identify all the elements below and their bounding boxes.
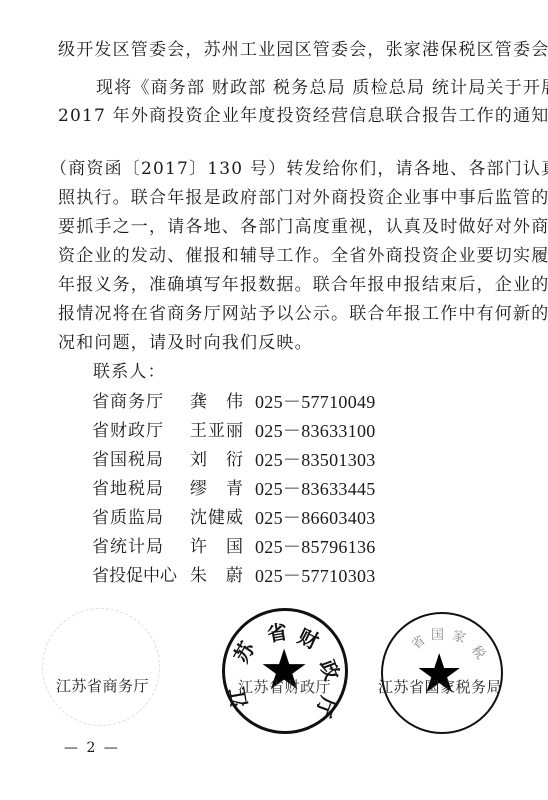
contact-dept: 省投促中心 (92, 566, 177, 586)
contact-name: 王亚丽 (190, 421, 244, 441)
signature-finance: 江苏省财政厅 (238, 676, 331, 697)
body-line-7: 资企业的发动、催报和辅导工作。全省外商投资企业要切实履行 (58, 246, 548, 266)
faint-seal (42, 608, 160, 726)
contact-name: 龚 伟 (190, 392, 244, 412)
contact-phone: 025－83501303 (255, 450, 376, 470)
body-line-4: （商资函〔2017〕130 号）转发给你们，请各地、各部门认真遵 (50, 159, 548, 179)
body-line-9: 报情况将在省商务厅网站予以公示。联合年报工作中有何新的情 (58, 304, 548, 324)
contact-name: 刘 衍 (190, 450, 244, 470)
contact-dept: 省统计局 (92, 537, 164, 557)
contact-name: 沈健威 (190, 508, 244, 528)
contact-phone: 025－83633445 (255, 479, 376, 499)
signature-tax-bureau: 江苏省国家税务局 (378, 676, 502, 697)
contact-phone: 025－57710049 (255, 392, 376, 412)
contact-name: 许 国 (190, 537, 244, 557)
signature-commerce: 江苏省商务厅 (56, 675, 149, 696)
contact-dept: 省财政厅 (92, 421, 164, 441)
contact-dept: 省质监局 (92, 508, 164, 528)
body-line-1: 级开发区管委会，苏州工业园区管委会，张家港保税区管委会： (58, 40, 548, 60)
contact-phone: 025－83633100 (255, 421, 376, 441)
body-line-5: 照执行。联合年报是政府部门对外商投资企业事中事后监管的重 (58, 188, 548, 208)
tax-bureau-seal: 省 国 家 税 ★ (381, 612, 503, 734)
page-number: — 2 — (64, 740, 120, 756)
contacts-label: 联系人： (93, 362, 166, 382)
contact-name: 朱 蔚 (190, 566, 244, 586)
body-line-8: 年报义务，准确填写年报数据。联合年报申报结束后，企业的参 (58, 275, 548, 295)
finance-seal: 苏 省 财 政 厅 江 ★ (222, 608, 348, 734)
body-line-6: 要抓手之一，请各地、各部门高度重视，认真及时做好对外商投 (58, 217, 548, 237)
body-line-3: 2017 年外商投资企业年度投资经营信息联合报告工作的通知》 (58, 106, 548, 126)
contact-dept: 省地税局 (92, 479, 164, 499)
contact-phone: 025－85796136 (255, 537, 376, 557)
body-line-2: 现将《商务部 财政部 税务总局 质检总局 统计局关于开展 (96, 78, 548, 98)
contact-name: 缪 青 (190, 479, 244, 499)
contact-phone: 025－57710303 (255, 566, 376, 586)
contact-dept: 省国税局 (92, 450, 164, 470)
contact-phone: 025－86603403 (255, 508, 376, 528)
contact-dept: 省商务厅 (92, 392, 164, 412)
body-line-10: 况和问题，请及时向我们反映。 (58, 333, 313, 353)
